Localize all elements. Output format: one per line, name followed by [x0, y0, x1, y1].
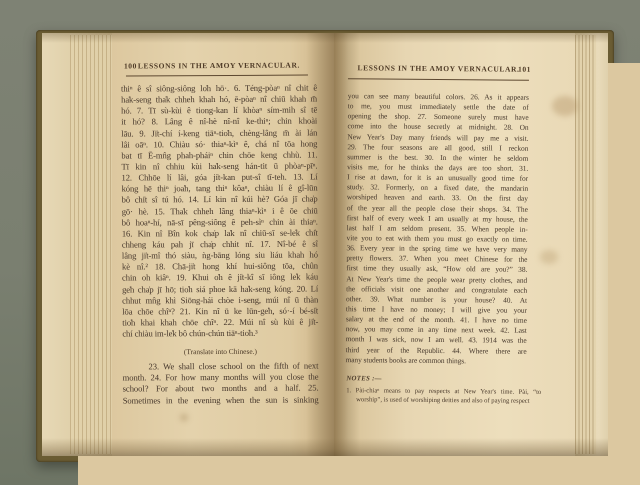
- photo-background: 100 LESSONS IN THE AMOY VERNACULAR. thiⁿ…: [0, 0, 640, 485]
- footnote-line: worship”, is used of worshiping deities …: [346, 396, 541, 407]
- header-rule-right: [348, 78, 529, 81]
- running-header-right-title: LESSONS IN THE AMOY VERNACULAR.: [348, 63, 529, 74]
- notes-heading: NOTES :—: [346, 375, 382, 382]
- right-page-text-layer: LESSONS IN THE AMOY VERNACULAR. 101 you …: [0, 0, 640, 485]
- right-page-number: 101: [518, 65, 531, 74]
- english-body-block: you can see many beautiful colors. 26. A…: [345, 91, 528, 366]
- footnote-block: 1. Pài-chiaⁿ means to pay respects at Ne…: [346, 386, 541, 406]
- running-header-right: LESSONS IN THE AMOY VERNACULAR. 101: [348, 63, 529, 76]
- text-line: many students books are common things.: [345, 355, 526, 367]
